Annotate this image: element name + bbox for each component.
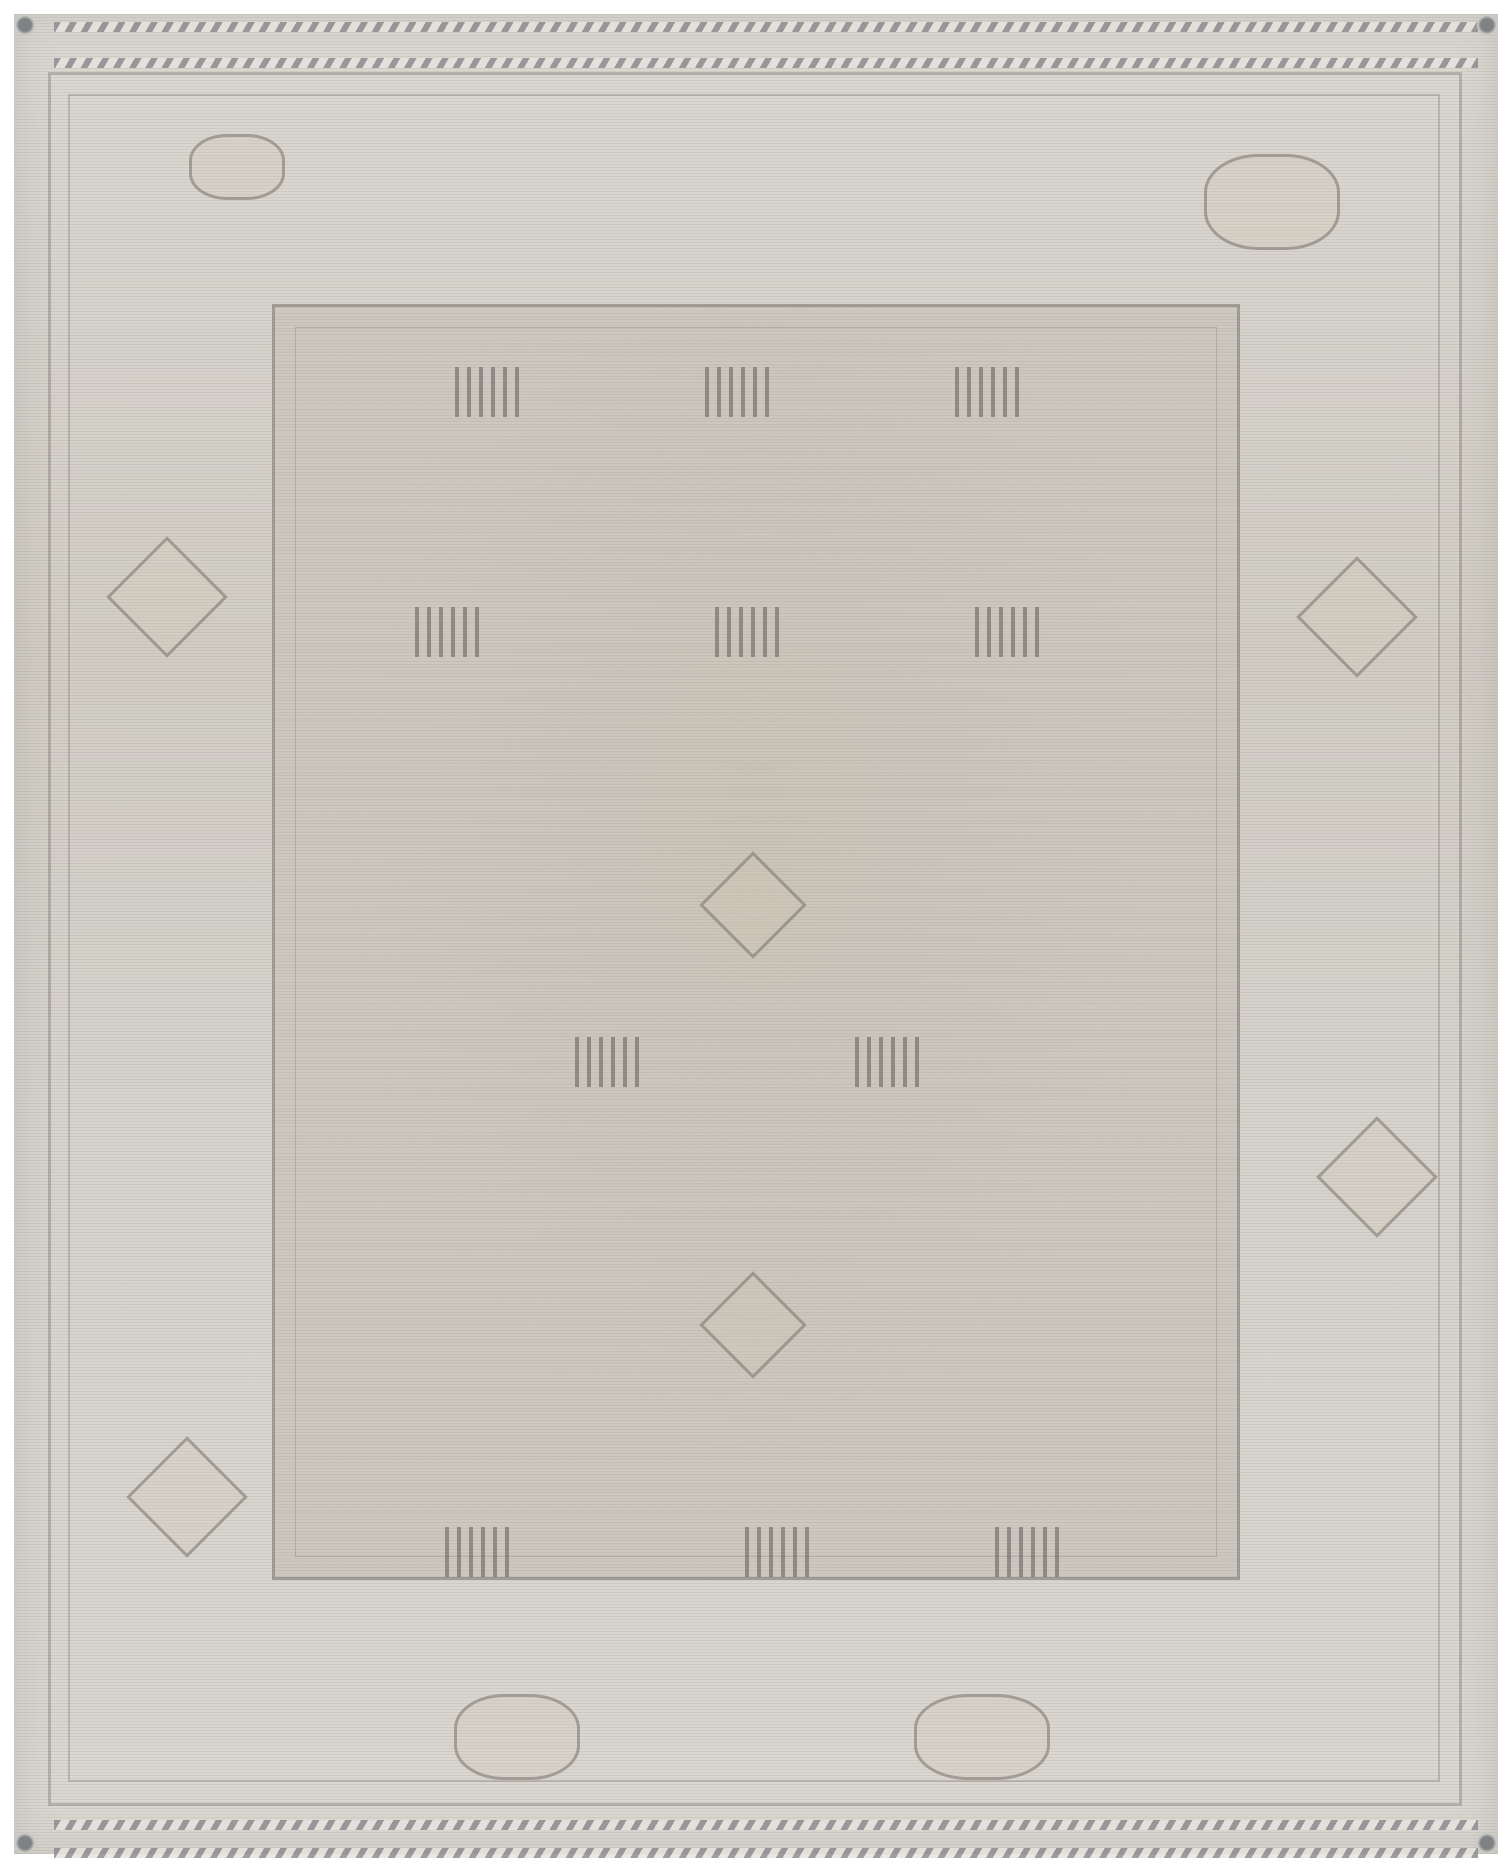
tassel-top-left — [14, 14, 36, 36]
tassel-bottom-right — [1476, 1832, 1498, 1854]
central-field — [272, 304, 1240, 1580]
border-medallion — [1204, 154, 1340, 250]
rug — [14, 14, 1498, 1854]
palmette-motif — [455, 367, 525, 417]
top-braid — [54, 58, 1478, 68]
palmette-motif — [445, 1527, 515, 1577]
border-medallion — [454, 1694, 580, 1780]
palmette-motif — [955, 367, 1025, 417]
palmette-motif — [715, 607, 785, 657]
palmette-motif — [975, 607, 1045, 657]
palmette-motif — [575, 1037, 645, 1087]
palmette-motif — [855, 1037, 925, 1087]
border-medallion — [189, 134, 285, 200]
palmette-motif — [705, 367, 775, 417]
tassel-bottom-left — [14, 1832, 36, 1854]
border-medallion — [914, 1694, 1050, 1780]
palmette-motif — [745, 1527, 815, 1577]
bottom-braid — [54, 1820, 1478, 1830]
tassel-top-right — [1476, 14, 1498, 36]
palmette-motif — [995, 1527, 1065, 1577]
bottom-fringe — [54, 1848, 1478, 1858]
palmette-motif — [415, 607, 485, 657]
top-fringe — [54, 22, 1478, 32]
